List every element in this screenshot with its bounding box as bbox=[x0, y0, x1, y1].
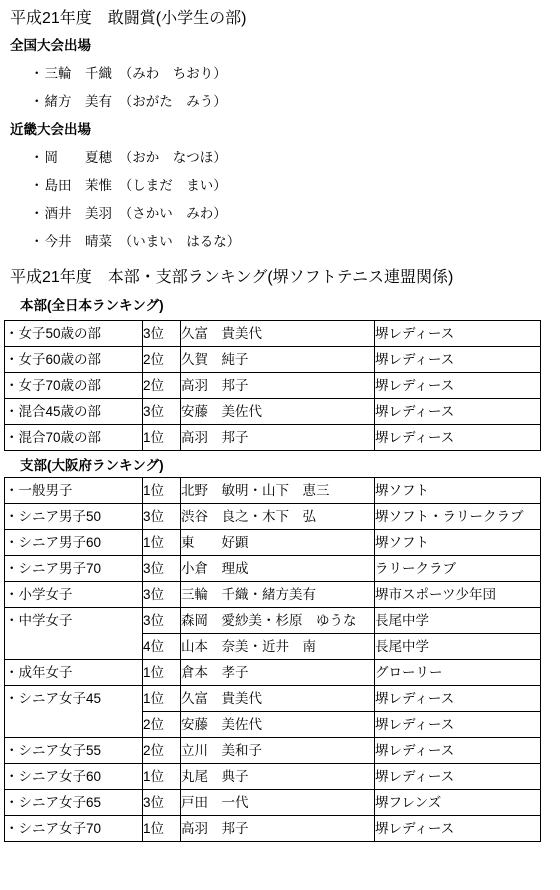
rank-cell: 3位 bbox=[143, 608, 181, 634]
division-cell: ・小学女子 bbox=[5, 582, 143, 608]
names-cell: 戸田 一代 bbox=[181, 790, 375, 816]
rank-cell: 2位 bbox=[143, 738, 181, 764]
names-cell: 渋谷 良之・木下 弘 bbox=[181, 504, 375, 530]
team-cell: 堺レディース bbox=[375, 399, 541, 425]
team-cell: グローリー bbox=[375, 660, 541, 686]
team-cell: 堺レディース bbox=[375, 425, 541, 451]
award-section-heading: 全国大会出場 bbox=[10, 39, 240, 53]
names-cell: 高羽 邦子 bbox=[181, 373, 375, 399]
award-entry-text: 島田 茉惟 （しまだ まい） bbox=[45, 178, 227, 193]
team-cell: 堺レディース bbox=[375, 712, 541, 738]
ranking-row: ・シニア男子503位渋谷 良之・木下 弘堺ソフト・ラリークラブ bbox=[5, 504, 541, 530]
division-cell: ・一般男子 bbox=[5, 478, 143, 504]
division-label: シニア女子60 bbox=[19, 769, 102, 784]
rank-cell: 2位 bbox=[143, 373, 181, 399]
bullet-icon: ・ bbox=[5, 430, 19, 445]
division-label: 小学女子 bbox=[19, 587, 73, 602]
team-cell: 長尾中学 bbox=[375, 608, 541, 634]
bullet-icon: ・ bbox=[30, 66, 44, 81]
division-label: シニア女子65 bbox=[19, 795, 102, 810]
rank-cell: 1位 bbox=[143, 530, 181, 556]
awards-list: 全国大会出場・三輪 千織 （みわ ちおり）・緒方 美有 （おがた みう）近畿大会… bbox=[10, 39, 240, 263]
ranking-row: ・混合45歳の部3位安藤 美佐代堺レディース bbox=[5, 399, 541, 425]
award-entry: ・岡 夏穂 （おか なつほ） bbox=[30, 151, 240, 165]
award-section: 全国大会出場・三輪 千織 （みわ ちおり）・緒方 美有 （おがた みう） bbox=[10, 39, 240, 109]
team-cell: 堺レディース bbox=[375, 373, 541, 399]
rank-cell: 3位 bbox=[143, 399, 181, 425]
rank-cell: 3位 bbox=[143, 582, 181, 608]
team-cell: 堺レディース bbox=[375, 686, 541, 712]
division-cell: ・成年女子 bbox=[5, 660, 143, 686]
division-cell: ・混合45歳の部 bbox=[5, 399, 143, 425]
ranking-row: ・シニア女子653位戸田 一代堺フレンズ bbox=[5, 790, 541, 816]
rank-cell: 2位 bbox=[143, 347, 181, 373]
bullet-icon: ・ bbox=[5, 326, 19, 341]
ranking-row: ・シニア男子601位東 好顕堺ソフト bbox=[5, 530, 541, 556]
division-cell: ・シニア女子60 bbox=[5, 764, 143, 790]
rank-cell: 2位 bbox=[143, 712, 181, 738]
bullet-icon: ・ bbox=[5, 691, 19, 706]
bullet-icon: ・ bbox=[5, 665, 19, 680]
ranking-table-body: ・女子50歳の部3位久富 貴美代堺レディース・女子60歳の部2位久賀 純子堺レデ… bbox=[5, 321, 541, 451]
names-cell: 高羽 邦子 bbox=[181, 816, 375, 842]
rankings-title: 平成21年度 本部・支部ランキング(堺ソフトテニス連盟関係) bbox=[10, 268, 453, 288]
rank-cell: 1位 bbox=[143, 816, 181, 842]
ranking-table-body: ・一般男子1位北野 敏明・山下 恵三堺ソフト・シニア男子503位渋谷 良之・木下… bbox=[5, 478, 541, 842]
award-entry-text: 緒方 美有 （おがた みう） bbox=[45, 94, 227, 109]
bullet-icon: ・ bbox=[5, 821, 19, 836]
division-cell: ・シニア女子45 bbox=[5, 686, 143, 738]
ranking-row: ・小学女子3位三輪 千織・緒方美有堺市スポーツ少年団 bbox=[5, 582, 541, 608]
bullet-icon: ・ bbox=[5, 483, 19, 498]
team-cell: 堺レディース bbox=[375, 764, 541, 790]
division-label: シニア女子55 bbox=[19, 743, 102, 758]
award-entry: ・三輪 千織 （みわ ちおり） bbox=[30, 67, 240, 81]
names-cell: 立川 美和子 bbox=[181, 738, 375, 764]
names-cell: 安藤 美佐代 bbox=[181, 399, 375, 425]
bullet-icon: ・ bbox=[30, 178, 44, 193]
ranking-row: ・混合70歳の部1位高羽 邦子堺レディース bbox=[5, 425, 541, 451]
rank-cell: 4位 bbox=[143, 634, 181, 660]
bullet-icon: ・ bbox=[30, 94, 44, 109]
ranking-row: ・一般男子1位北野 敏明・山下 恵三堺ソフト bbox=[5, 478, 541, 504]
rank-cell: 1位 bbox=[143, 764, 181, 790]
ranking-row: ・シニア女子451位久富 貴美代堺レディース bbox=[5, 686, 541, 712]
team-cell: 堺ソフト bbox=[375, 530, 541, 556]
division-label: 女子50歳の部 bbox=[19, 326, 102, 341]
division-label: シニア男子60 bbox=[19, 535, 102, 550]
rank-cell: 1位 bbox=[143, 660, 181, 686]
division-label: シニア男子50 bbox=[19, 509, 102, 524]
ranking-row: ・シニア男子703位小倉 理成ラリークラブ bbox=[5, 556, 541, 582]
rank-cell: 3位 bbox=[143, 790, 181, 816]
award-entry-text: 今井 晴菜 （いまい はるな） bbox=[45, 234, 241, 249]
award-entry: ・島田 茉惟 （しまだ まい） bbox=[30, 179, 240, 193]
division-cell: ・混合70歳の部 bbox=[5, 425, 143, 451]
rank-cell: 3位 bbox=[143, 321, 181, 347]
division-cell: ・シニア男子60 bbox=[5, 530, 143, 556]
division-cell: ・シニア女子70 bbox=[5, 816, 143, 842]
ranking-table: ・一般男子1位北野 敏明・山下 恵三堺ソフト・シニア男子503位渋谷 良之・木下… bbox=[4, 477, 541, 842]
names-cell: 三輪 千織・緒方美有 bbox=[181, 582, 375, 608]
names-cell: 東 好顕 bbox=[181, 530, 375, 556]
division-cell: ・シニア女子65 bbox=[5, 790, 143, 816]
bullet-icon: ・ bbox=[30, 206, 44, 221]
division-label: シニア男子70 bbox=[19, 561, 102, 576]
division-label: シニア女子45 bbox=[19, 691, 102, 706]
award-section: 近畿大会出場・岡 夏穂 （おか なつほ）・島田 茉惟 （しまだ まい）・酒井 美… bbox=[10, 123, 240, 249]
bullet-icon: ・ bbox=[30, 150, 44, 165]
team-cell: 堺レディース bbox=[375, 816, 541, 842]
rank-cell: 3位 bbox=[143, 556, 181, 582]
names-cell: 久賀 純子 bbox=[181, 347, 375, 373]
division-label: 成年女子 bbox=[19, 665, 73, 680]
team-cell: 堺レディース bbox=[375, 321, 541, 347]
ranking-row: ・シニア女子552位立川 美和子堺レディース bbox=[5, 738, 541, 764]
award-entry-text: 三輪 千織 （みわ ちおり） bbox=[45, 66, 227, 81]
bullet-icon: ・ bbox=[5, 535, 19, 550]
bullet-icon: ・ bbox=[5, 404, 19, 419]
ranking-row: ・シニア女子601位丸尾 典子堺レディース bbox=[5, 764, 541, 790]
bullet-icon: ・ bbox=[30, 234, 44, 249]
award-entry: ・今井 晴菜 （いまい はるな） bbox=[30, 235, 240, 249]
team-cell: 堺レディース bbox=[375, 738, 541, 764]
bullet-icon: ・ bbox=[5, 613, 19, 628]
names-cell: 山本 奈美・近井 南 bbox=[181, 634, 375, 660]
honbu-table-heading: 本部(全日本ランキング) bbox=[20, 299, 164, 313]
names-cell: 倉本 孝子 bbox=[181, 660, 375, 686]
division-cell: ・女子70歳の部 bbox=[5, 373, 143, 399]
division-cell: ・中学女子 bbox=[5, 608, 143, 660]
bullet-icon: ・ bbox=[5, 561, 19, 576]
bullet-icon: ・ bbox=[5, 378, 19, 393]
division-cell: ・シニア男子50 bbox=[5, 504, 143, 530]
names-cell: 丸尾 典子 bbox=[181, 764, 375, 790]
division-label: 混合70歳の部 bbox=[19, 430, 102, 445]
team-cell: 長尾中学 bbox=[375, 634, 541, 660]
rank-cell: 1位 bbox=[143, 425, 181, 451]
ranking-row: ・中学女子3位森岡 愛紗美・杉原 ゆうな長尾中学 bbox=[5, 608, 541, 634]
award-entry-text: 岡 夏穂 （おか なつほ） bbox=[45, 150, 227, 165]
rank-cell: 1位 bbox=[143, 686, 181, 712]
bullet-icon: ・ bbox=[5, 509, 19, 524]
division-cell: ・シニア女子55 bbox=[5, 738, 143, 764]
bullet-icon: ・ bbox=[5, 587, 19, 602]
division-label: 一般男子 bbox=[19, 483, 73, 498]
bullet-icon: ・ bbox=[5, 769, 19, 784]
rank-cell: 3位 bbox=[143, 504, 181, 530]
division-label: 女子60歳の部 bbox=[19, 352, 102, 367]
ranking-row: ・女子70歳の部2位高羽 邦子堺レディース bbox=[5, 373, 541, 399]
team-cell: 堺市スポーツ少年団 bbox=[375, 582, 541, 608]
division-cell: ・女子60歳の部 bbox=[5, 347, 143, 373]
award-entry: ・緒方 美有 （おがた みう） bbox=[30, 95, 240, 109]
awards-title: 平成21年度 敢闘賞(小学生の部) bbox=[10, 9, 246, 29]
award-entry-text: 酒井 美羽 （さかい みわ） bbox=[45, 206, 227, 221]
ranking-row: ・女子60歳の部2位久賀 純子堺レディース bbox=[5, 347, 541, 373]
names-cell: 久富 貴美代 bbox=[181, 686, 375, 712]
names-cell: 森岡 愛紗美・杉原 ゆうな bbox=[181, 608, 375, 634]
bullet-icon: ・ bbox=[5, 743, 19, 758]
division-cell: ・シニア男子70 bbox=[5, 556, 143, 582]
page: 平成21年度 敢闘賞(小学生の部) 全国大会出場・三輪 千織 （みわ ちおり）・… bbox=[0, 0, 560, 890]
division-label: シニア女子70 bbox=[19, 821, 102, 836]
names-cell: 北野 敏明・山下 恵三 bbox=[181, 478, 375, 504]
team-cell: 堺レディース bbox=[375, 347, 541, 373]
honbu-ranking-table: ・女子50歳の部3位久富 貴美代堺レディース・女子60歳の部2位久賀 純子堺レデ… bbox=[4, 320, 541, 451]
team-cell: 堺ソフト・ラリークラブ bbox=[375, 504, 541, 530]
team-cell: 堺フレンズ bbox=[375, 790, 541, 816]
ranking-table: ・女子50歳の部3位久富 貴美代堺レディース・女子60歳の部2位久賀 純子堺レデ… bbox=[4, 320, 541, 451]
names-cell: 安藤 美佐代 bbox=[181, 712, 375, 738]
division-label: 中学女子 bbox=[19, 613, 73, 628]
division-cell: ・女子50歳の部 bbox=[5, 321, 143, 347]
names-cell: 高羽 邦子 bbox=[181, 425, 375, 451]
award-section-heading: 近畿大会出場 bbox=[10, 123, 240, 137]
bullet-icon: ・ bbox=[5, 352, 19, 367]
shibu-ranking-table: ・一般男子1位北野 敏明・山下 恵三堺ソフト・シニア男子503位渋谷 良之・木下… bbox=[4, 477, 541, 842]
names-cell: 小倉 理成 bbox=[181, 556, 375, 582]
team-cell: 堺ソフト bbox=[375, 478, 541, 504]
ranking-row: ・シニア女子701位高羽 邦子堺レディース bbox=[5, 816, 541, 842]
ranking-row: ・女子50歳の部3位久富 貴美代堺レディース bbox=[5, 321, 541, 347]
division-label: 混合45歳の部 bbox=[19, 404, 102, 419]
division-label: 女子70歳の部 bbox=[19, 378, 102, 393]
bullet-icon: ・ bbox=[5, 795, 19, 810]
shibu-table-heading: 支部(大阪府ランキング) bbox=[20, 459, 164, 473]
team-cell: ラリークラブ bbox=[375, 556, 541, 582]
rank-cell: 1位 bbox=[143, 478, 181, 504]
award-entry: ・酒井 美羽 （さかい みわ） bbox=[30, 207, 240, 221]
names-cell: 久富 貴美代 bbox=[181, 321, 375, 347]
ranking-row: ・成年女子1位倉本 孝子グローリー bbox=[5, 660, 541, 686]
